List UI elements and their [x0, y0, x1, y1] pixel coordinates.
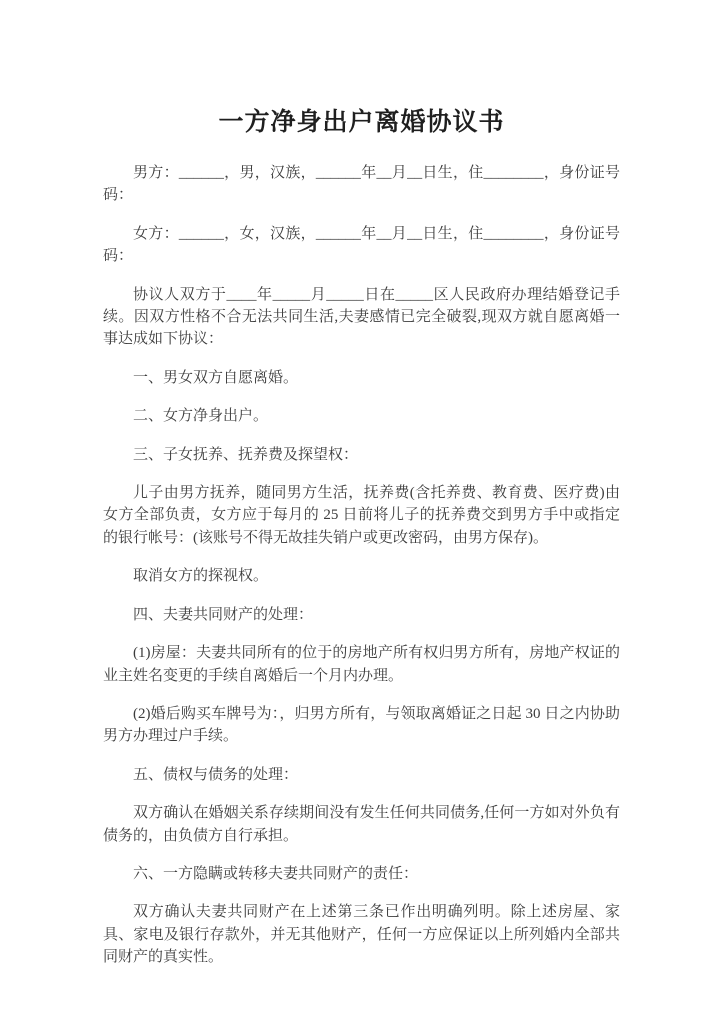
clause-3-heading: 三、子女抚养、抚养费及探望权： — [103, 444, 620, 466]
party-line-female: 女方：______，女，汉族，______年__月__日生，住________，… — [103, 223, 620, 268]
clause-5-heading: 五、债权与债务的处理： — [103, 764, 620, 786]
clause-4-house-paragraph: (1)房屋：夫妻共同所有的位于的房地产所有权归男方所有，房地产权证的业主姓名变更… — [103, 642, 620, 687]
clause-3-visitation-paragraph: 取消女方的探视权。 — [103, 565, 620, 587]
document-page: 一方净身出户离婚协议书 男方：______，男，汉族，______年__月__日… — [0, 0, 720, 1017]
clause-4-car-paragraph: (2)婚后购买车牌号为：，归男方所有，与领取离婚证之日起 30 日之内协助男方办… — [103, 703, 620, 748]
clause-1: 一、男女双方自愿离婚。 — [103, 367, 620, 389]
clause-2: 二、女方净身出户。 — [103, 405, 620, 427]
preamble-paragraph: 协议人双方于____年_____月_____日在_____区人民政府办理结婚登记… — [103, 284, 620, 351]
clause-6-liability-paragraph: 双方确认夫妻共同财产在上述第三条已作出明确列明。除上述房屋、家具、家电及银行存款… — [103, 901, 620, 968]
clause-3-custody-paragraph: 儿子由男方抚养，随同男方生活，抚养费(含托养费、教育费、医疗费)由女方全部负责，… — [103, 482, 620, 549]
party-line-male: 男方：______，男，汉族，______年__月__日生，住________，… — [103, 162, 620, 207]
clause-4-heading: 四、夫妻共同财产的处理： — [103, 604, 620, 626]
clause-5-debt-paragraph: 双方确认在婚姻关系存续期间没有发生任何共同债务,任何一方如对外负有债务的，由负债… — [103, 802, 620, 847]
document-title: 一方净身出户离婚协议书 — [103, 106, 620, 140]
clause-6-heading: 六、一方隐瞒或转移夫妻共同财产的责任： — [103, 863, 620, 885]
